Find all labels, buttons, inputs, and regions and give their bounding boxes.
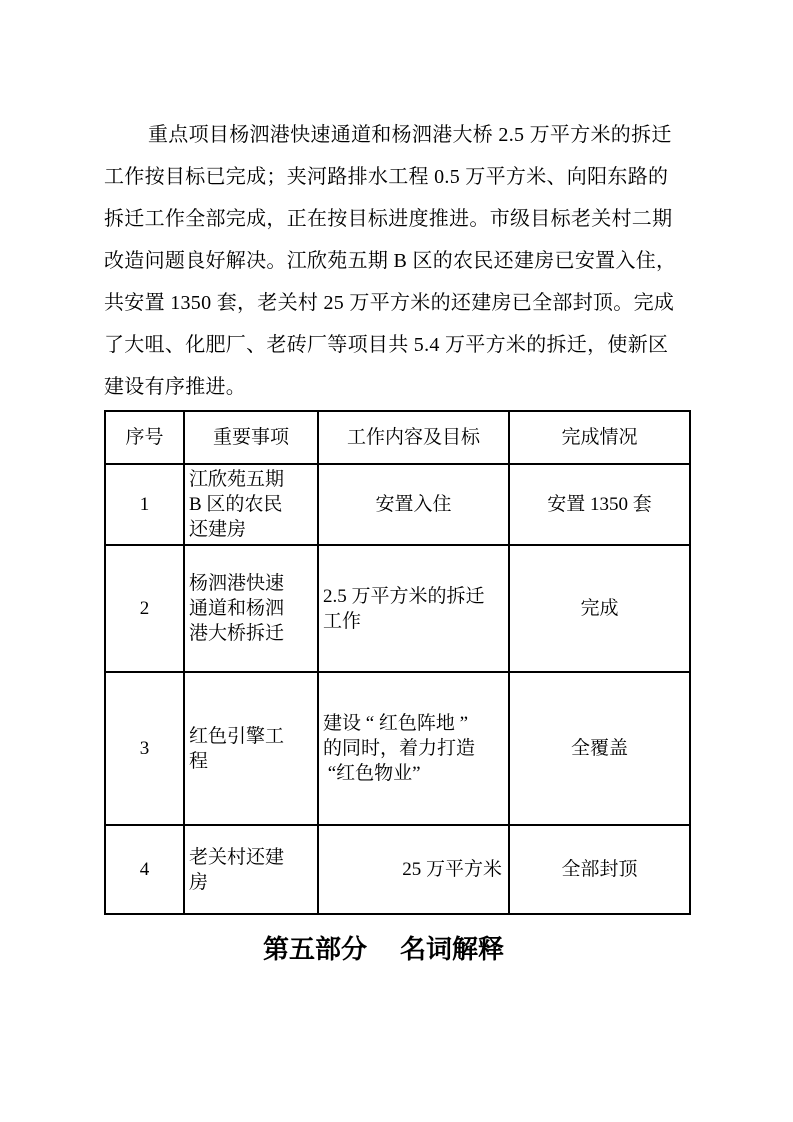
table-row: 2 杨泗港快速 通道和杨泗 港大桥拆迁 2.5 万平方米的拆迁 工作 完成 (105, 545, 690, 672)
cell-work-content: 2.5 万平方米的拆迁 工作 (318, 545, 509, 672)
table-header-row: 序号 重要事项 工作内容及目标 完成情况 (105, 411, 690, 464)
section-heading-title: 名词解释 (400, 931, 504, 967)
cell-completion: 安置 1350 套 (509, 464, 690, 545)
header-serial-number: 序号 (105, 411, 184, 464)
table-row: 4 老关村还建 房 25 万平方米 全部封顶 (105, 825, 690, 914)
cell-serial-number: 3 (105, 672, 184, 825)
cell-work-content: 建设 “ 红色阵地 ” 的同时，着力打造 “红色物业” (318, 672, 509, 825)
header-important-item: 重要事项 (184, 411, 318, 464)
header-completion: 完成情况 (509, 411, 690, 464)
document-page: 重点项目杨泗港快速通道和杨泗港大桥 2.5 万平方米的拆迁 工作按目标已完成；夹… (0, 0, 793, 1122)
cell-work-content: 25 万平方米 (318, 825, 509, 914)
cell-important-item: 老关村还建 房 (184, 825, 318, 914)
cell-serial-number: 4 (105, 825, 184, 914)
cell-important-item: 红色引擎工 程 (184, 672, 318, 825)
cell-completion: 全部封顶 (509, 825, 690, 914)
section-heading: 第五部分 名词解释 (91, 931, 676, 967)
section-heading-prefix: 第五部分 (263, 931, 367, 967)
cell-serial-number: 1 (105, 464, 184, 545)
table-row: 1 江欣苑五期 B 区的农民 还建房 安置入住 安置 1350 套 (105, 464, 690, 545)
cell-important-item: 杨泗港快速 通道和杨泗 港大桥拆迁 (184, 545, 318, 672)
body-paragraph: 重点项目杨泗港快速通道和杨泗港大桥 2.5 万平方米的拆迁 工作按目标已完成；夹… (104, 114, 689, 408)
cell-completion: 全覆盖 (509, 672, 690, 825)
progress-table: 序号 重要事项 工作内容及目标 完成情况 1 江欣苑五期 B 区的农民 还建房 … (104, 410, 691, 915)
header-work-content: 工作内容及目标 (318, 411, 509, 464)
cell-completion: 完成 (509, 545, 690, 672)
cell-important-item: 江欣苑五期 B 区的农民 还建房 (184, 464, 318, 545)
cell-work-content: 安置入住 (318, 464, 509, 545)
cell-serial-number: 2 (105, 545, 184, 672)
table-row: 3 红色引擎工 程 建设 “ 红色阵地 ” 的同时，着力打造 “红色物业” 全覆… (105, 672, 690, 825)
